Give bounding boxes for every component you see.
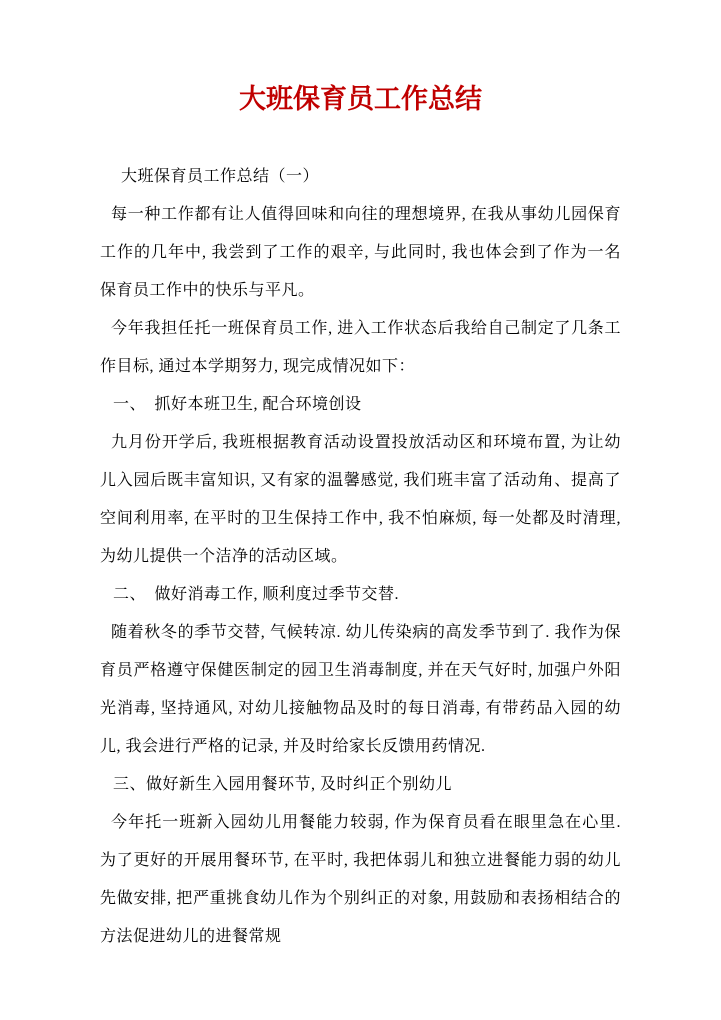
document-page: 大班保育员工作总结 大班保育员工作总结（一） 每一种工作都有让人值得回味和向往的… (0, 0, 721, 1020)
paragraph-section-1: 九月份开学后, 我班根据教育活动设置投放活动区和环境布置, 为让幼儿入园后既丰富… (100, 424, 621, 576)
paragraph-section-3: 今年托一班新入园幼儿用餐能力较弱, 作为保育员看在眼里急在心里. 为了更好的开展… (100, 804, 621, 956)
section-subtitle: 大班保育员工作总结（一） (100, 158, 621, 196)
paragraph-intro-2: 今年我担任托一班保育员工作, 进入工作状态后我给自己制定了几条工作目标, 通过本… (100, 310, 621, 386)
section-heading-1: 一、 抓好本班卫生, 配合环境创设 (100, 386, 621, 424)
section-heading-3: 三、做好新生入园用餐环节, 及时纠正个别幼儿 (100, 766, 621, 804)
paragraph-section-2: 随着秋冬的季节交替, 气候转凉. 幼儿传染病的高发季节到了. 我作为保育员严格遵… (100, 614, 621, 766)
paragraph-intro-1: 每一种工作都有让人值得回味和向往的理想境界, 在我从事幼儿园保育工作的几年中, … (100, 196, 621, 310)
section-heading-2: 二、 做好消毒工作, 顺利度过季节交替. (100, 576, 621, 614)
document-title: 大班保育员工作总结 (100, 78, 621, 120)
